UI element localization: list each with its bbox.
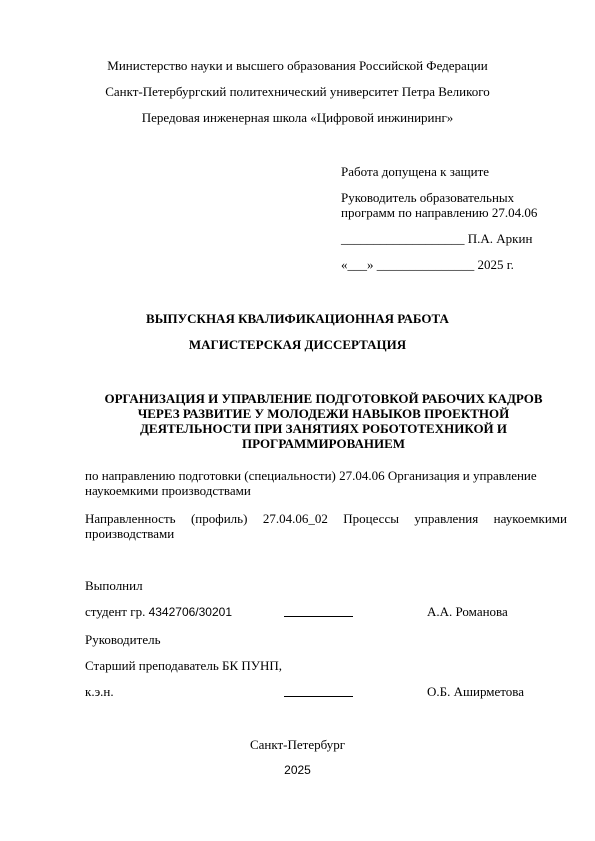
student-signature-field	[284, 604, 353, 620]
date-month-blank: _______________	[377, 257, 475, 272]
topic-line: ДЕЯТЕЛЬНОСТИ ПРИ ЗАНЯТИЯХ РОБОТОТЕХНИКОЙ…	[80, 421, 567, 436]
supervisor-label: Руководитель	[85, 632, 161, 647]
approval-date-line: «___» _______________ 2025 г.	[341, 257, 514, 272]
head-signature-line: ___________________ П.А. Аркин	[341, 231, 532, 246]
student-label-prefix: студент гр.	[85, 604, 145, 619]
degree-type-title: МАГИСТЕРСКАЯ ДИССЕРТАЦИЯ	[0, 337, 595, 352]
supervisor-degree: к.э.н.	[85, 684, 114, 699]
date-year: 2025 г.	[478, 257, 514, 272]
student-group: 4342706/30201	[149, 605, 232, 619]
student-name: А.А. Романова	[427, 604, 508, 619]
profile-line1: Направленность (профиль) 27.04.06_02 Про…	[85, 511, 567, 526]
thesis-topic: ОРГАНИЗАЦИЯ И УПРАВЛЕНИЕ ПОДГОТОВКОЙ РАБ…	[80, 391, 567, 451]
profile-line2: производствами	[85, 526, 567, 541]
direction-line2: наукоемкими производствами	[85, 483, 567, 498]
head-name: П.А. Аркин	[468, 231, 533, 246]
supervisor-position: Старший преподаватель БК ПУНП,	[85, 658, 282, 673]
performed-label: Выполнил	[85, 578, 143, 593]
signature-blank: ___________________	[341, 231, 465, 246]
topic-line: ОРГАНИЗАЦИЯ И УПРАВЛЕНИЕ ПОДГОТОВКОЙ РАБ…	[80, 391, 567, 406]
program-head-line1: Руководитель образовательных	[341, 190, 514, 205]
supervisor-signature-line	[284, 684, 353, 697]
admitted-label: Работа допущена к защите	[341, 164, 489, 179]
program-head-line2: программ по направлению 27.04.06	[341, 205, 537, 220]
city: Санкт-Петербург	[0, 737, 595, 752]
student-label: студент гр. 4342706/30201	[85, 604, 232, 620]
direction-text: по направлению подготовки (специальности…	[85, 468, 567, 498]
supervisor-signature-field	[284, 684, 353, 700]
work-type-title: ВЫПУСКНАЯ КВАЛИФИКАЦИОННАЯ РАБОТА	[0, 311, 595, 326]
ministry-name: Министерство науки и высшего образования…	[0, 58, 595, 73]
date-day-blank: «___»	[341, 257, 374, 272]
topic-line: ЧЕРЕЗ РАЗВИТИЕ У МОЛОДЕЖИ НАВЫКОВ ПРОЕКТ…	[80, 406, 567, 421]
year: 2025	[0, 763, 595, 778]
university-name: Санкт-Петербургский политехнический унив…	[0, 84, 595, 99]
student-signature-line	[284, 604, 353, 617]
supervisor-name: О.Б. Аширметова	[427, 684, 524, 699]
school-name: Передовая инженерная школа «Цифровой инж…	[0, 110, 595, 125]
profile-text: Направленность (профиль) 27.04.06_02 Про…	[85, 511, 567, 541]
topic-line: ПРОГРАММИРОВАНИЕМ	[80, 436, 567, 451]
direction-line1: по направлению подготовки (специальности…	[85, 468, 567, 483]
